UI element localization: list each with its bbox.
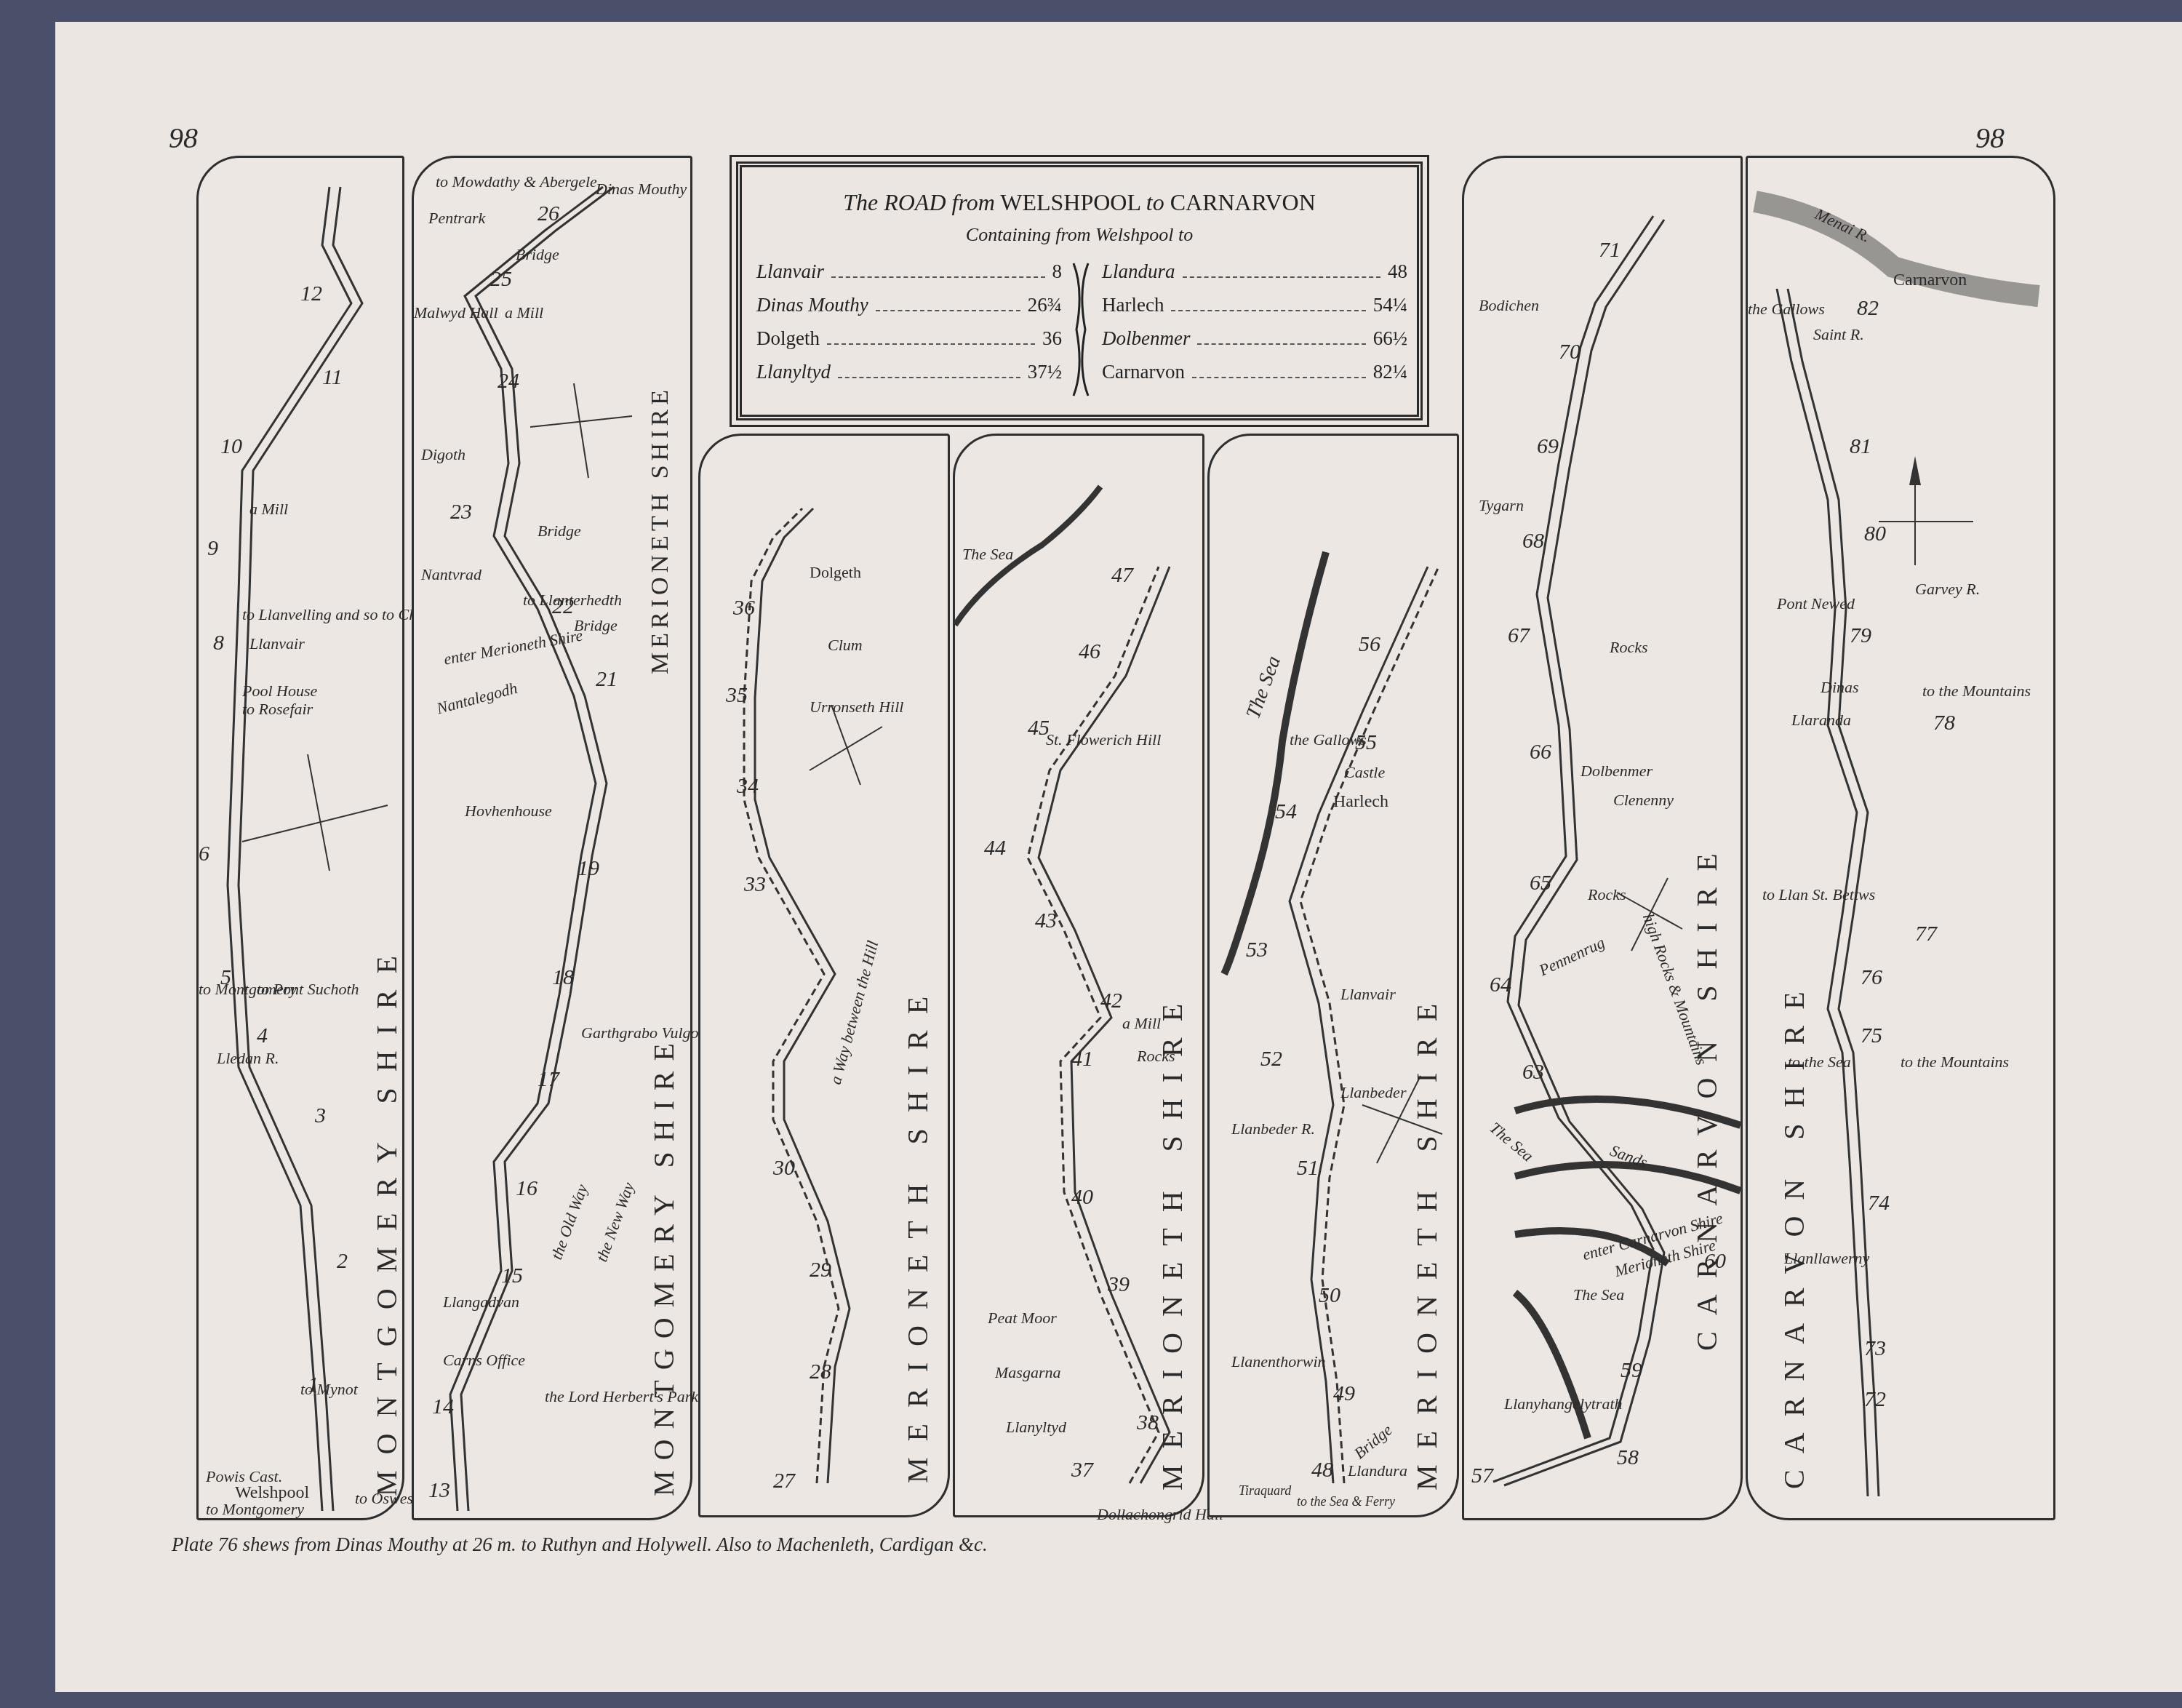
milestone: 53 xyxy=(1246,938,1268,962)
milestone: 19 xyxy=(578,856,599,881)
milestone: 50 xyxy=(1319,1283,1340,1308)
place-label: to Pont Suchoth xyxy=(257,980,359,999)
river-label: Llanbeder R. xyxy=(1231,1120,1315,1138)
milestone: 47 xyxy=(1111,563,1133,588)
milestone: 8 xyxy=(213,631,224,655)
milestone: 24 xyxy=(497,369,519,394)
place-label: Nantvrad xyxy=(421,565,481,584)
shire-label: MERIONETH SHIRE xyxy=(900,552,935,1483)
place-label: the Gallows xyxy=(1748,300,1825,319)
milestone: 9 xyxy=(207,536,218,561)
page-number-right: 98 xyxy=(1975,121,2005,155)
milestone: 16 xyxy=(516,1176,537,1201)
distance-place: Dolbenmer xyxy=(1102,327,1190,350)
milestone: 3 xyxy=(315,1104,326,1128)
title-from: WELSHPOOL xyxy=(1000,189,1140,215)
milestone: 37 xyxy=(1071,1458,1093,1482)
place-label: to Rosefair xyxy=(242,700,313,719)
strip-welshpool-llanvair: 12 11 10 9 8 6 5 4 3 2 1 a Mill to Llanv… xyxy=(196,156,404,1520)
milestone: 33 xyxy=(744,872,766,897)
place-label: Dinas xyxy=(1821,678,1859,697)
distance-miles: 66½ xyxy=(1373,327,1407,350)
distance-row: Carnarvon82¼ xyxy=(1102,361,1407,394)
milestone: 35 xyxy=(726,683,748,708)
place-label: Hovhenhouse xyxy=(465,802,552,821)
place-label: Masgarna xyxy=(995,1363,1060,1382)
place-label: Llanbeder xyxy=(1340,1083,1406,1102)
milestone: 77 xyxy=(1915,922,1937,946)
distance-table-left: Llanvair8 Dinas Mouthy26¾ Dolgeth36 Llan… xyxy=(756,260,1062,394)
bridge-label: Bridge xyxy=(537,522,581,540)
place-label: Malwyd Hall xyxy=(414,303,498,322)
shire-label: MERIONETH SHIRE xyxy=(1155,618,1189,1490)
milestone: 14 xyxy=(432,1394,454,1419)
milestone: 65 xyxy=(1530,871,1551,895)
shire-label: CARNARVON SHIRE xyxy=(1690,231,1724,1351)
distance-place: Carnarvon xyxy=(1102,361,1185,383)
river-label: Garvey R. xyxy=(1915,580,1980,599)
distance-miles: 36 xyxy=(1042,327,1062,350)
milestone: 68 xyxy=(1522,529,1544,554)
plate-footnote: Plate 76 shews from Dinas Mouthy at 26 m… xyxy=(172,1533,988,1556)
shire-label-montgomery: MONTGOMERY SHIRE xyxy=(647,725,681,1496)
strip-harlech-dolbenmer: 57 58 59 60 63 64 65 66 67 68 69 70 71 L… xyxy=(1462,156,1743,1520)
town-label: Harlech xyxy=(1333,792,1388,812)
distance-table-right: Llandura48 Harlech54¼ Dolbenmer66½ Carna… xyxy=(1102,260,1407,394)
milestone: 78 xyxy=(1933,711,1955,735)
milestone: 72 xyxy=(1864,1387,1886,1412)
milestone: 15 xyxy=(501,1264,523,1288)
milestone: 12 xyxy=(300,282,322,306)
milestone: 27 xyxy=(773,1469,795,1493)
distance-miles: 37½ xyxy=(1028,361,1062,383)
milestone: 43 xyxy=(1035,909,1057,933)
milestone: 2 xyxy=(337,1249,348,1274)
page-number-left: 98 xyxy=(169,121,198,155)
milestone: 39 xyxy=(1108,1272,1130,1297)
place-label: Tygarn xyxy=(1479,496,1524,515)
title-cartouche: The ROAD from WELSHPOOL to CARNARVON Con… xyxy=(736,161,1423,420)
strip-dinas-dolgeth: 27 28 29 30 33 34 35 36 a Way between th… xyxy=(698,434,950,1517)
place-label: Llanvair xyxy=(1340,985,1396,1004)
milestone: 13 xyxy=(428,1478,450,1503)
milestone: 36 xyxy=(733,596,755,620)
shire-label: MERIONETH SHIRE xyxy=(1410,603,1444,1490)
milestone: 71 xyxy=(1599,238,1620,263)
sea-label: The Sea xyxy=(962,545,1013,564)
place-label: Llanyhangelytrath xyxy=(1504,1394,1623,1413)
milestone: 58 xyxy=(1617,1445,1639,1470)
distance-row: Llanyltyd37½ xyxy=(756,361,1062,394)
river-label: Saint R. xyxy=(1813,325,1864,344)
milestone: 54 xyxy=(1275,799,1297,824)
town-label: Carnarvon xyxy=(1893,271,1967,290)
place-label: Digoth xyxy=(421,445,465,464)
milestone: 29 xyxy=(810,1258,831,1282)
milestone: 6 xyxy=(199,842,209,866)
town-label: Dinas Mouthy xyxy=(596,180,687,199)
place-label: to the Mountains xyxy=(1901,1053,2009,1072)
strip-llanvair-dinas-mouthy: 13 14 15 16 17 18 19 21 22 23 24 25 26 t… xyxy=(412,156,692,1520)
place-label: Rocks xyxy=(1588,885,1626,904)
milestone: 17 xyxy=(537,1067,559,1092)
milestone: 26 xyxy=(537,201,559,226)
milestone: 70 xyxy=(1559,340,1580,364)
place-label: Dollachongrid Hall xyxy=(1097,1505,1223,1524)
distance-place: Llanyltyd xyxy=(756,361,831,383)
title-to: CARNARVON xyxy=(1170,189,1316,215)
distance-miles: 54¼ xyxy=(1373,294,1407,316)
place-label: Pentrark xyxy=(428,209,485,228)
milestone: 80 xyxy=(1864,522,1886,546)
milestone: 23 xyxy=(450,500,472,524)
milestone: 10 xyxy=(220,434,242,459)
place-label: Carns Office xyxy=(443,1351,525,1370)
milestone: 79 xyxy=(1850,623,1871,648)
milestone: 34 xyxy=(737,774,759,799)
place-label: Peat Moor xyxy=(988,1309,1057,1328)
distance-place: Llandura xyxy=(1102,260,1175,283)
strip-llandura-harlech: 48 49 50 51 52 53 54 55 56 Llandura Brid… xyxy=(1207,434,1459,1517)
title-to-word: to xyxy=(1146,189,1164,215)
place-label: a Mill xyxy=(249,500,288,519)
place-label: to Montgomery xyxy=(206,1500,304,1519)
distance-miles: 48 xyxy=(1388,260,1407,283)
place-label: Bodichen xyxy=(1479,296,1539,315)
place-label: Llanvair xyxy=(249,634,305,653)
place-label: to Llanterhedth xyxy=(523,591,622,610)
milestone: 28 xyxy=(810,1360,831,1384)
milestone: 40 xyxy=(1071,1185,1093,1210)
title-prefix: The ROAD from xyxy=(843,189,995,215)
brace-icon xyxy=(1068,260,1094,399)
distance-row: Llanvair8 xyxy=(756,260,1062,294)
milestone: 41 xyxy=(1071,1047,1093,1072)
shire-label: CARNARVON SHIRE xyxy=(1777,340,1811,1489)
sea-label: The Sea xyxy=(1573,1285,1624,1304)
distance-place: Llanvair xyxy=(756,260,824,283)
place-label: Clenenny xyxy=(1613,791,1674,810)
place-label: to Mowdathy & Abergele xyxy=(436,172,597,191)
milestone: 11 xyxy=(322,365,343,390)
place-label: Tiraquard xyxy=(1239,1483,1291,1499)
place-label: the Gallows xyxy=(1290,730,1367,749)
milestone: 30 xyxy=(773,1156,795,1181)
milestone: 66 xyxy=(1530,740,1551,765)
map-title: The ROAD from WELSHPOOL to CARNARVON xyxy=(742,189,1417,216)
strip-dolgeth-llanyltyd: 37 38 39 40 41 42 43 44 45 46 47 Dollach… xyxy=(953,434,1204,1517)
north-arrow-icon xyxy=(1909,456,1921,485)
place-label: St. Flowerich Hill xyxy=(1046,730,1161,749)
distance-miles: 82¼ xyxy=(1373,361,1407,383)
milestone: 67 xyxy=(1508,623,1530,648)
bridge-label: Bridge xyxy=(516,245,559,264)
milestone: 51 xyxy=(1297,1156,1319,1181)
distance-row: Dolbenmer66½ xyxy=(1102,327,1407,361)
river-label: Lledan R. xyxy=(217,1049,279,1068)
town-label: Llanyltyd xyxy=(1006,1418,1066,1437)
distance-miles: 26¾ xyxy=(1028,294,1062,316)
milestone: 21 xyxy=(596,667,618,692)
place-label: Pool House xyxy=(242,682,317,701)
milestone: 4 xyxy=(257,1023,268,1048)
town-label: Dolbenmer xyxy=(1580,762,1653,781)
map-subtitle: Containing from Welshpool to xyxy=(742,224,1417,246)
milestone: 75 xyxy=(1861,1023,1882,1048)
distance-miles: 8 xyxy=(1052,260,1063,283)
place-label: Llanenthorwin xyxy=(1231,1352,1326,1371)
place-label: to the Mountains xyxy=(1922,682,2031,701)
distance-row: Harlech54¼ xyxy=(1102,294,1407,327)
distance-place: Dolgeth xyxy=(756,327,820,350)
milestone: 74 xyxy=(1868,1191,1890,1216)
town-label: Llandura xyxy=(1348,1461,1407,1480)
place-label: a Mill xyxy=(505,303,543,322)
distance-row: Llandura48 xyxy=(1102,260,1407,294)
town-label: Dolgeth xyxy=(810,563,861,582)
bridge-label: Bridge xyxy=(574,616,618,635)
place-label: to Mynot xyxy=(300,1380,358,1399)
milestone: 76 xyxy=(1861,965,1882,990)
milestone: 42 xyxy=(1100,989,1122,1013)
milestone: 46 xyxy=(1079,639,1100,664)
milestone: 81 xyxy=(1850,434,1871,459)
place-label: Rocks xyxy=(1610,638,1648,657)
milestone: 44 xyxy=(984,836,1006,861)
milestone: 63 xyxy=(1522,1060,1544,1085)
milestone: 25 xyxy=(490,267,512,292)
shire-label: MONTGOMERY SHIRE xyxy=(369,420,404,1496)
place-label: Clum xyxy=(828,636,863,655)
milestone: 64 xyxy=(1490,973,1511,997)
distance-place: Dinas Mouthy xyxy=(756,294,868,316)
place-label: Llangadvan xyxy=(443,1293,519,1312)
distance-row: Dinas Mouthy26¾ xyxy=(756,294,1062,327)
milestone: 48 xyxy=(1311,1458,1333,1482)
milestone: 69 xyxy=(1537,434,1559,459)
castle-label: Castle xyxy=(1344,763,1385,782)
milestone: 56 xyxy=(1359,632,1380,657)
distance-row: Dolgeth36 xyxy=(756,327,1062,361)
strip-dolbenmer-carnarvon: 72 73 74 75 76 77 78 79 80 81 82 Llanlla… xyxy=(1746,156,2055,1520)
milestone: 57 xyxy=(1471,1464,1493,1488)
place-label: to the Sea & Ferry xyxy=(1297,1494,1395,1509)
shire-label-merioneth: MERIONETH SHIRE xyxy=(647,223,674,674)
milestone: 73 xyxy=(1864,1336,1886,1361)
milestone: 18 xyxy=(552,965,574,990)
milestone: 59 xyxy=(1620,1358,1642,1383)
milestone: 82 xyxy=(1857,296,1879,321)
milestone: 49 xyxy=(1333,1381,1355,1406)
distance-place: Harlech xyxy=(1102,294,1164,316)
milestone: 52 xyxy=(1260,1047,1282,1072)
place-label: Urronseth Hill xyxy=(810,698,903,717)
